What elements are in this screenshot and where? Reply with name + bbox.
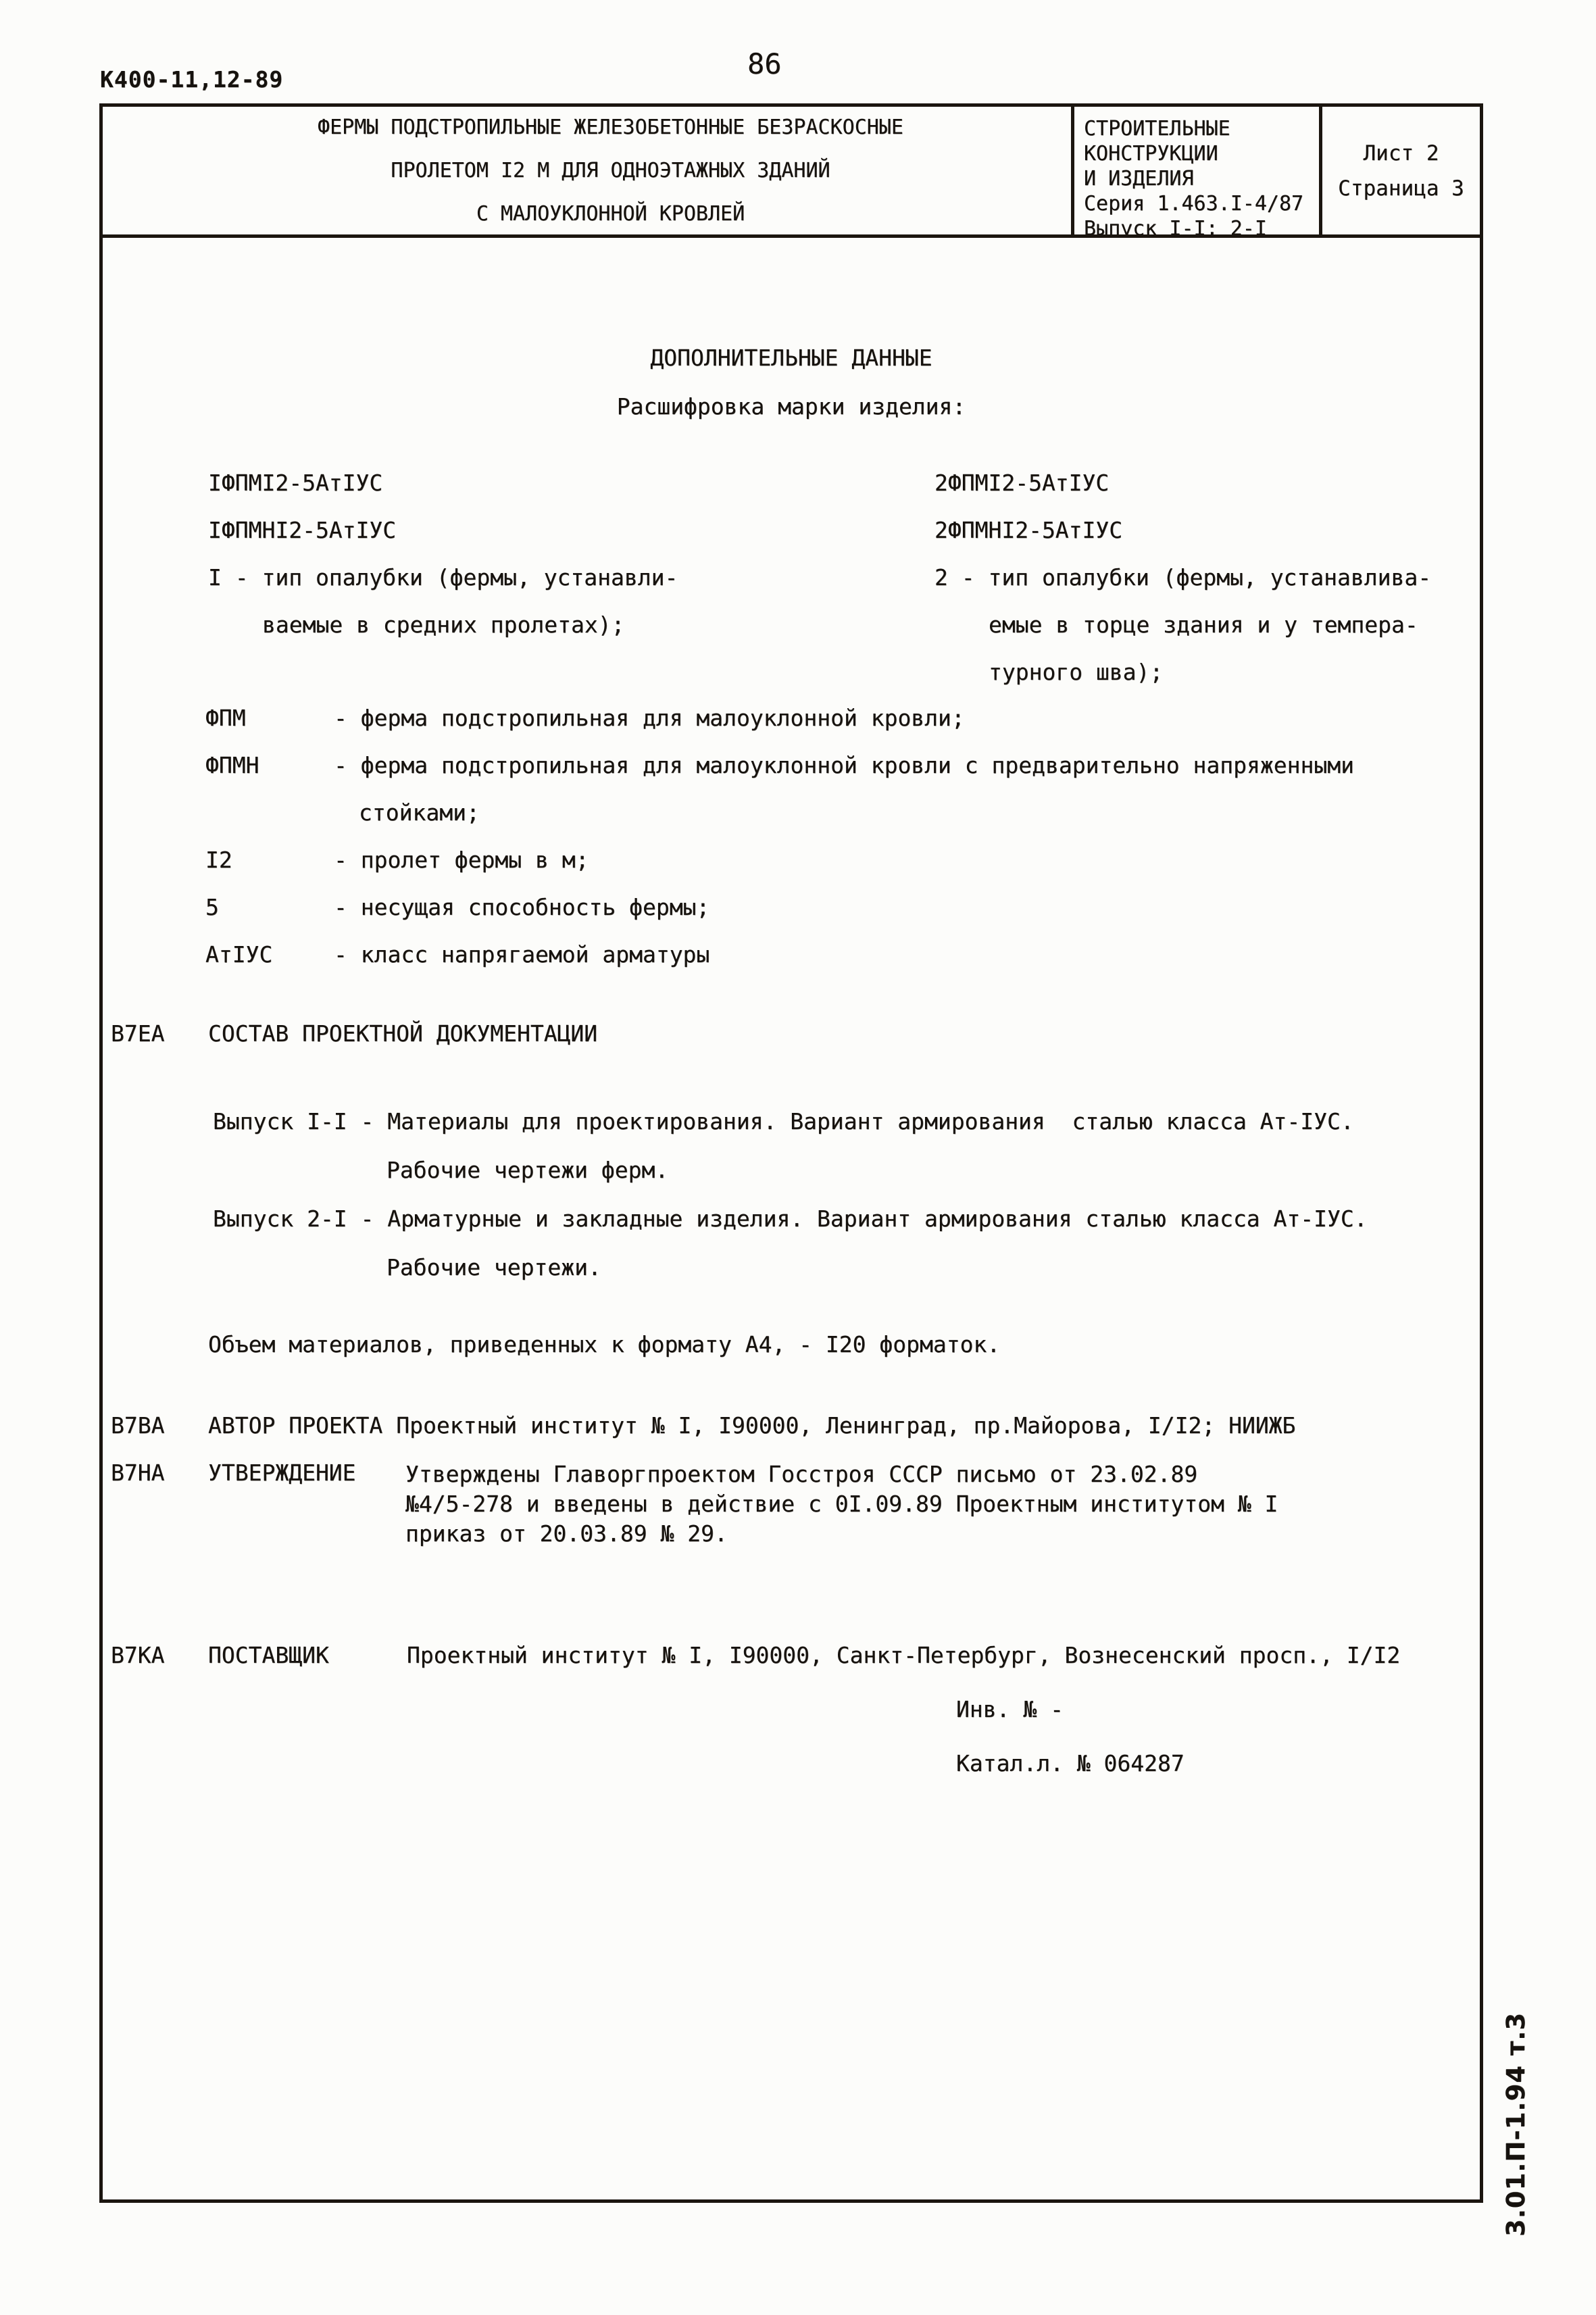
sheet-line: Страница 3: [1338, 171, 1464, 206]
inventory-number-line: Инв. № -: [956, 1696, 1064, 1722]
definition-term: I2: [205, 847, 232, 873]
series-line: И ИЗДЕЛИЯ: [1084, 166, 1319, 191]
approval-label: УТВЕРЖДЕНИЕ: [208, 1460, 356, 1486]
definition-text: - пролет фермы в м;: [334, 847, 589, 873]
mark-label: IФПМНI2-5АтIУС: [208, 517, 396, 543]
series-line: Серия 1.463.I-4/87: [1084, 191, 1319, 216]
definition-term: АтIУС: [205, 941, 272, 968]
header-title-line: ФЕРМЫ ПОДСТРОПИЛЬНЫЕ ЖЕЛЕЗОБЕТОННЫЕ БЕЗР…: [318, 107, 903, 149]
release-line-continuation: Рабочие чертежи ферм.: [386, 1157, 668, 1183]
supplier-label: ПОСТАВЩИК: [208, 1642, 329, 1668]
series-line: СТРОИТЕЛЬНЫЕ: [1084, 116, 1319, 141]
section-title: ДОПОЛНИТЕЛЬНЫЕ ДАННЫЕ: [103, 345, 1480, 371]
section-code: В7ЕА: [111, 1020, 164, 1047]
header-title-line: С МАЛОУКЛОННОЙ КРОВЛЕЙ: [476, 193, 745, 235]
definition-text: - несущая способность фермы;: [334, 894, 709, 920]
header-sheet-cell: Лист 2 Страница 3: [1319, 107, 1480, 234]
approval-text-line: Утверждены Главоргпроектом Госстроя СССР…: [405, 1460, 1197, 1489]
supplier-text: Проектный институт № I, I90000, Санкт-Пе…: [407, 1642, 1400, 1668]
definition-term: 5: [205, 894, 219, 920]
type2-definition-line: турного шва);: [989, 659, 1163, 685]
type2-definition-line: емые в торце здания и у темпера-: [989, 612, 1418, 638]
header-table: ФЕРМЫ ПОДСТРОПИЛЬНЫЕ ЖЕЛЕЗОБЕТОННЫЕ БЕЗР…: [103, 107, 1480, 238]
scanned-document-page: К400-11,12-89 86 ФЕРМЫ ПОДСТРОПИЛЬНЫЕ ЖЕ…: [0, 0, 1596, 2315]
author-label: АВТОР ПРОЕКТА: [208, 1412, 382, 1439]
volume-note: Объем материалов, приведенных к формату …: [208, 1331, 1000, 1358]
section-subtitle: Расшифровка марки изделия:: [103, 393, 1480, 420]
section-code: В7ВА: [111, 1412, 164, 1439]
mark-label: 2ФПМНI2-5АтIУС: [934, 517, 1122, 543]
definition-text: - класс напрягаемой арматуры: [334, 941, 709, 968]
doc-code: К400-11,12-89: [100, 66, 283, 93]
section-code: В7НА: [111, 1460, 164, 1486]
author-text: Проектный институт № I, I90000, Ленингра…: [396, 1412, 1295, 1439]
approval-text-line: приказ от 20.03.89 № 29.: [405, 1519, 728, 1549]
definition-text: - ферма подстропильная для малоуклонной …: [334, 752, 1354, 778]
header-title-line: ПРОЛЕТОМ I2 М ДЛЯ ОДНОЭТАЖНЫХ ЗДАНИЙ: [391, 149, 830, 193]
definition-text-continuation: стойками;: [359, 799, 480, 826]
catalog-number-line: Катал.л. № 064287: [956, 1750, 1184, 1776]
release-line: Выпуск I-I - Материалы для проектировани…: [213, 1108, 1354, 1135]
release-line: Выпуск 2-I - Арматурные и закладные изде…: [213, 1205, 1368, 1232]
type1-definition-line: ваемые в средних пролетах);: [262, 612, 624, 638]
content-frame: ФЕРМЫ ПОДСТРОПИЛЬНЫЕ ЖЕЛЕЗОБЕТОННЫЕ БЕЗР…: [99, 103, 1483, 2203]
series-line: КОНСТРУКЦИИ: [1084, 141, 1319, 166]
sheet-line: Лист 2: [1364, 136, 1439, 171]
approval-text-line: №4/5-278 и введены в действие с 0I.09.89…: [405, 1489, 1278, 1519]
vertical-footer-code: 3.01.П-1.94 т.3: [1501, 2034, 1530, 2237]
section-label: СОСТАВ ПРОЕКТНОЙ ДОКУМЕНТАЦИИ: [208, 1020, 597, 1047]
type2-definition-line: 2 - тип опалубки (фермы, устанавлива-: [934, 564, 1431, 591]
series-line: Выпуск I-I; 2-I: [1084, 216, 1319, 234]
type1-definition-line: I - тип опалубки (фермы, устанавли-: [208, 564, 678, 591]
header-title-cell: ФЕРМЫ ПОДСТРОПИЛЬНЫЕ ЖЕЛЕЗОБЕТОННЫЕ БЕЗР…: [103, 107, 1071, 234]
header-series-cell: СТРОИТЕЛЬНЫЕ КОНСТРУКЦИИ И ИЗДЕЛИЯ Серия…: [1071, 107, 1319, 234]
definition-text: - ферма подстропильная для малоуклонной …: [334, 705, 965, 731]
definition-term: ФПМ: [205, 705, 246, 731]
page-number: 86: [747, 47, 782, 80]
definition-term: ФПМН: [205, 752, 259, 778]
release-line-continuation: Рабочие чертежи.: [386, 1254, 601, 1280]
mark-label: IФПМI2-5АтIУС: [208, 470, 382, 496]
author-row: АВТОР ПРОЕКТАПроектный институт № I, I90…: [208, 1412, 1295, 1439]
mark-label: 2ФПМI2-5АтIУС: [934, 470, 1109, 496]
section-code: В7КА: [111, 1642, 164, 1668]
